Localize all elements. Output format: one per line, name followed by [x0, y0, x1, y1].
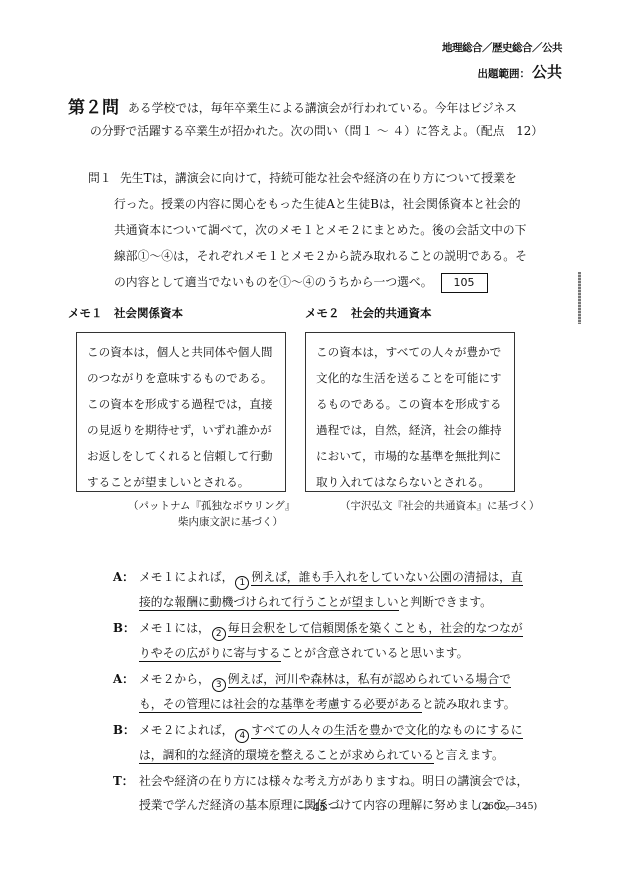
dialogue-text: と判断できます。 — [399, 595, 492, 609]
speaker: A： — [113, 565, 134, 589]
q1-line: 線部①～④は，それぞれメモ１とメモ２から読み取れることの説明である。そ — [114, 243, 548, 269]
dialogue-text: と読み取れます。 — [422, 697, 515, 711]
memo2-line: この資本は，すべての人々が豊かで — [316, 339, 504, 365]
dialogue-text: メモ２から， — [139, 672, 210, 686]
speaker: B： — [113, 718, 135, 742]
answer-box[interactable]: 105 — [441, 273, 488, 293]
underlined-statement: は，調和的な経済的環境を整えることが求められている — [139, 748, 434, 764]
circled-number-icon: 1 — [235, 576, 249, 590]
memo1-line: の見返りを期待せず，いずれ誰かが — [87, 417, 275, 443]
underlined-statement: すべての人々の生活を豊かで文化的なものにするに — [251, 723, 522, 739]
q1-line: 先生Tは，講演会に向けて，持続可能な社会や経済の在り方について授業を — [120, 165, 548, 191]
memo1-line: この資本は，個人と共同体や個人間 — [87, 339, 275, 365]
memo2-line: 文化的な生活を送ることを可能にす — [316, 365, 504, 391]
memo1-line: お返しをしてくれると信頼して行動 — [87, 443, 275, 469]
page-number: ― 45 ― — [298, 801, 341, 814]
memo1-source-line1: （パットナム『孤独なボウリング』 — [128, 498, 295, 514]
underlined-statement: も，その管理には社会的な基準を考慮する必要がある — [139, 697, 422, 713]
sub-question-label: 問１ — [88, 165, 112, 191]
q1-line: 行った。授業の内容に関心をもった生徒Aと生徒Bは，社会関係資本と社会的 — [114, 191, 548, 217]
memo2-box: この資本は，すべての人々が豊かで 文化的な生活を送ることを可能にす るものである… — [305, 332, 515, 492]
q1-line-last: の内容として適当でないものを①～④のうちから一つ選べ。105 — [114, 269, 548, 295]
dialogue-text: メモ２によれば， — [139, 723, 233, 737]
q1-line-text: の内容として適当でないものを①～④のうちから一つ選べ。 — [114, 275, 433, 289]
dialogue: A： メモ１によれば，1例えば，誰も手入れをしていない公園の清掃は，直 接的な報… — [113, 565, 543, 817]
dialogue-text: メモ１によれば， — [139, 570, 233, 584]
underlined-statement: 接的な報酬に動機づけられて行うことが望ましい — [139, 595, 399, 611]
dialogue-text: ことが含意されていると思います。 — [281, 646, 469, 660]
circled-number-icon: 2 — [212, 627, 226, 641]
underlined-statement: 毎日会釈をして信頼関係を築くことも，社会的なつなが — [228, 621, 523, 637]
memo2-line: において，市場的な基準を無批判に — [316, 443, 504, 469]
question-title: 第２問 — [68, 93, 119, 118]
speaker: T： — [113, 769, 134, 793]
dialogue-row-B1: B： メモ１には，2毎日会釈をして信頼関係を築くことも，社会的なつなが りやその… — [113, 616, 543, 665]
underlined-statement: 例えば，河川や森林は，私有が認められている場合で — [228, 672, 511, 688]
speaker: B： — [113, 616, 135, 640]
scope-value: 公共 — [532, 63, 562, 81]
memo1-title: メモ１ 社会関係資本 — [68, 305, 183, 321]
sub-question-1: 問１ 先生Tは，講演会に向けて，持続可能な社会や経済の在り方について授業を 行っ… — [88, 165, 548, 295]
question-intro-line2: の分野で活躍する卒業生が招かれた。次の問い（問１ ～ ４）に答えよ。（配点 12… — [90, 122, 543, 139]
dialogue-row-A1: A： メモ１によれば，1例えば，誰も手入れをしていない公園の清掃は，直 接的な報… — [113, 565, 543, 614]
question-intro-line1: ある学校では，毎年卒業生による講演会が行われている。今年はビジネス — [128, 95, 528, 122]
memo1-line: することが望ましいとされる。 — [87, 469, 275, 495]
memo2-title: メモ２ 社会的共通資本 — [305, 305, 432, 321]
dialogue-text: と言えます。 — [434, 748, 504, 762]
dialogue-text: メモ１には， — [139, 621, 210, 635]
memo2-source: （宇沢弘文『社会的共通資本』に基づく） — [340, 498, 540, 514]
scope-label: 出題範囲： — [477, 68, 530, 80]
dialogue-row-A2: A： メモ２から，3例えば，河川や森林は，私有が認められている場合で も，その管… — [113, 667, 543, 716]
subject-header: 地理総合／歴史総合／公共 — [442, 40, 562, 55]
memo2-line: 過程では，自然，経済，社会の維持 — [316, 417, 504, 443]
binding-edge-mark — [578, 272, 581, 324]
speaker: A： — [113, 667, 134, 691]
memo2-line: 取り入れてはならないとされる。 — [316, 469, 504, 495]
memo1-source-line2: 柴内康文訳に基づく） — [178, 514, 283, 530]
underlined-statement: りやその広がりに寄与する — [139, 646, 281, 662]
memo1-line: のつながりを意味するものである。 — [87, 365, 275, 391]
scope-header: 出題範囲：公共 — [477, 61, 562, 82]
underlined-statement: 例えば，誰も手入れをしていない公園の清掃は，直 — [251, 570, 522, 586]
exam-code: (2602―345) — [478, 801, 537, 812]
memo1-box: この資本は，個人と共同体や個人間 のつながりを意味するものである。 この資本を形… — [76, 332, 286, 492]
q1-line: 共通資本について調べて，次のメモ１とメモ２にまとめた。後の会話文中の下 — [114, 217, 548, 243]
circled-number-icon: 4 — [235, 729, 249, 743]
dialogue-row-B2: B： メモ２によれば，4すべての人々の生活を豊かで文化的なものにするに は，調和… — [113, 718, 543, 767]
memo1-line: この資本を形成する過程では，直接 — [87, 391, 275, 417]
circled-number-icon: 3 — [212, 678, 226, 692]
dialogue-text: 社会や経済の在り方には様々な考え方がありますね。明日の講演会では， — [139, 769, 543, 793]
memo2-line: るものである。この資本を形成する — [316, 391, 504, 417]
